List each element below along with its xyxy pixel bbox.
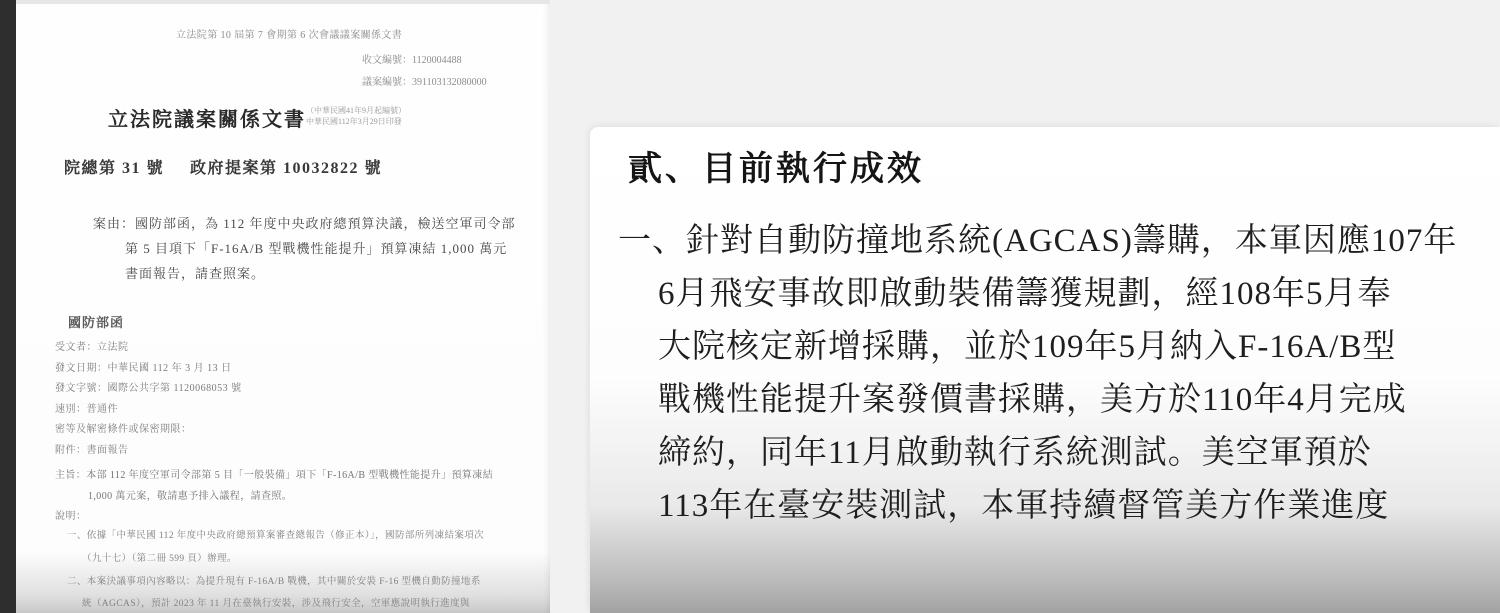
body-line: 締約，同年11月啟動執行系統測試。美空軍預於 [618, 427, 1498, 480]
body-line: 113年在臺安裝測試，本軍持續督管美方作業進度 [618, 480, 1498, 533]
title-note-line1: （中華民國41年9月起編號） [306, 105, 406, 116]
subject-line: 1,000 萬元案，敬請惠予排入議程，請查照。 [55, 487, 493, 508]
case-line: 書面報告，請查照案。 [93, 261, 538, 286]
docket-number: 院總第 31 號 [64, 155, 164, 178]
document-page-zoomed-excerpt: 貳、目前執行成效 一、針對自動防撞地系統(AGCAS)籌購，本軍因應107年 6… [590, 127, 1500, 613]
section-body: 一、針對自動防撞地系統(AGCAS)籌購，本軍因應107年 6月飛安事故即啟動裝… [618, 215, 1498, 533]
document-title: 立法院議案關係文書 [108, 103, 306, 132]
body-line: 大院核定新增採購，並於109年5月納入F-16A/B型 [618, 321, 1498, 374]
field-classification: 密等及解密條件或保密期限： [55, 420, 242, 441]
field-attachment: 附件：書面報告 [55, 441, 242, 462]
case-summary: 案由：國防部函，為 112 年度中央政府總預算決議，檢送空軍司令部 第 5 目項… [93, 211, 538, 286]
body-line: 一、針對自動防撞地系統(AGCAS)籌購，本軍因應107年 [618, 215, 1498, 268]
field-priority: 速別：普通件 [55, 400, 242, 421]
title-note: （中華民國41年9月起編號） 中華民國112年3月29日印發 [306, 105, 406, 127]
session-header: 立法院第 10 屆第 7 會期第 6 次會議議案關係文書 [176, 26, 402, 41]
body-line: 戰機性能提升案發價書採購，美方於110年4月完成 [618, 374, 1498, 427]
subject-line: 主旨：本部 112 年度空軍司令部第 5 目「一般裝備」項下「F-16A/B 型… [55, 466, 493, 487]
section-title: 貳、目前執行成效 [628, 141, 924, 190]
case-line: 案由：國防部函，為 112 年度中央政府總預算決議，檢送空軍司令部 [93, 211, 538, 236]
document-page-original: 立法院第 10 屆第 7 會期第 6 次會議議案關係文書 收文編號：112000… [16, 4, 550, 613]
title-note-line2: 中華民國112年3月29日印發 [306, 116, 406, 127]
field-ref-number: 發文字號：國際公共字第 1120068053 號 [55, 379, 242, 400]
field-date: 發文日期：中華民國 112 年 3 月 13 日 [55, 359, 242, 380]
viewer-left-frame [0, 0, 16, 613]
explanation-label: 說明： [55, 507, 87, 522]
screenshot-stage: 立法院第 10 屆第 7 會期第 6 次會議議案關係文書 收文編號：112000… [0, 0, 1500, 613]
docket-line: 院總第 31 號 政府提案第 10032822 號 [64, 155, 382, 178]
explanation-paragraph: 一、依據「中華民國 112 年度中央政府總預算案審查總報告（修正本）」，國防部所… [67, 525, 484, 613]
field-recipient: 受文者：立法院 [55, 338, 242, 359]
proposal-number: 政府提案第 10032822 號 [190, 155, 382, 178]
letter-fields: 受文者：立法院 發文日期：中華民國 112 年 3 月 13 日 發文字號：國際… [55, 338, 242, 462]
explanation-line: 一、依據「中華民國 112 年度中央政府總預算案審查總報告（修正本）」，國防部所… [67, 525, 484, 548]
explanation-line: （九十七）（第二冊 599 頁）辦理。 [67, 548, 484, 571]
case-line: 第 5 目項下「F-16A/B 型戰機性能提升」預算凍結 1,000 萬元 [93, 236, 538, 261]
subject-paragraph: 主旨：本部 112 年度空軍司令部第 5 目「一般裝備」項下「F-16A/B 型… [55, 466, 493, 507]
explanation-line: 統（AGCAS），預計 2023 年 11 月在臺執行安裝，涉及飛行安全，空軍應… [67, 593, 484, 613]
bill-number: 議案編號：391103132080000 [362, 73, 487, 88]
agency-letter-title: 國防部函 [68, 312, 124, 331]
body-line: 6月飛安事故即啟動裝備籌獲規劃，經108年5月奉 [618, 268, 1498, 321]
receipt-number: 收文編號：1120004488 [362, 51, 462, 66]
explanation-line: 二、本案決議事項內容略以：為提升現有 F-16A/B 戰機，其中關於安裝 F-1… [67, 571, 484, 594]
